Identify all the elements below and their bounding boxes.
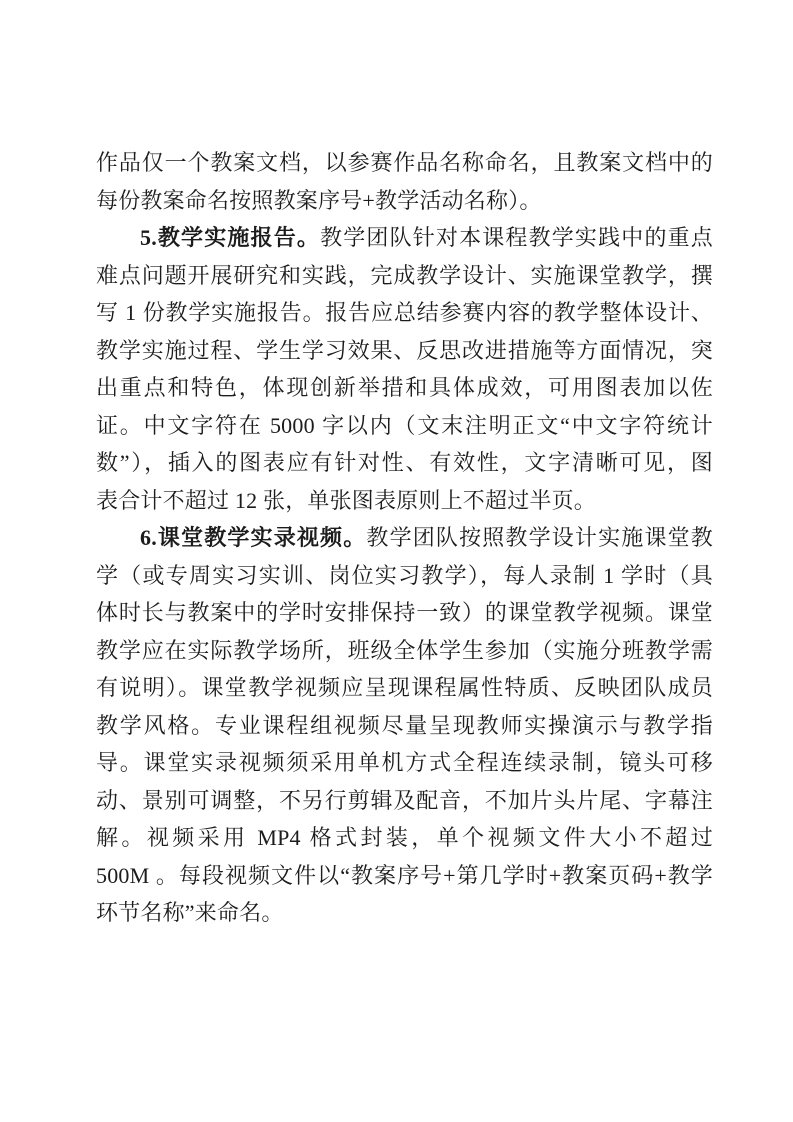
body-text: 写 1 份教学实施报告。报告应总结参赛内容的教学整体设计、 bbox=[96, 300, 713, 325]
body-text: 教学风格。专业课程组视频尽量呈现教师实操演示与教学指 bbox=[96, 713, 713, 738]
text-line: 导。课堂实录视频须采用单机方式全程连续录制，镜头可移 bbox=[96, 744, 713, 782]
body-text: 动、景别可调整，不另行剪辑及配音，不加片头片尾、字幕注 bbox=[96, 788, 713, 813]
body-text: 学（或专周实习实训、岗位实习教学），每人录制 1 学时（具 bbox=[96, 563, 713, 588]
body-text: 每份教案命名按照教案序号+教学活动名称）。 bbox=[96, 188, 542, 213]
text-line: 出重点和特色，体现创新举措和具体成效，可用图表加以佐 bbox=[96, 369, 713, 407]
body-text: 导。课堂实录视频须采用单机方式全程连续录制，镜头可移 bbox=[96, 750, 713, 775]
text-line: 学（或专周实习实训、岗位实习教学），每人录制 1 学时（具 bbox=[96, 557, 713, 595]
body-text: 500M 。每段视频文件以“教案序号+第几学时+教案页码+教学 bbox=[96, 863, 713, 888]
body-text: 教学应在实际教学场所，班级全体学生参加（实施分班教学需 bbox=[96, 638, 713, 663]
text-line: 证。中文字符在 5000 字以内（文末注明正文“中文字符统计 bbox=[96, 407, 713, 445]
body-text: 有说明）。课堂教学视频应呈现课程属性特质、反映团队成员 bbox=[96, 675, 713, 700]
body-text: 证。中文字符在 5000 字以内（文末注明正文“中文字符统计 bbox=[96, 413, 713, 438]
body-text: 作品仅一个教案文档，以参赛作品名称命名，且教案文档中的 bbox=[96, 150, 713, 175]
text-line: 表合计不超过 12 张，单张图表原则上不超过半页。 bbox=[96, 482, 713, 520]
text-line: 每份教案命名按照教案序号+教学活动名称）。 bbox=[96, 182, 713, 220]
body-text: 教学团队针对本课程教学实践中的重点 bbox=[320, 225, 713, 250]
text-line: 教学应在实际教学场所，班级全体学生参加（实施分班教学需 bbox=[96, 632, 713, 670]
text-line: 有说明）。课堂教学视频应呈现课程属性特质、反映团队成员 bbox=[96, 669, 713, 707]
body-text: 难点问题开展研究和实践，完成教学设计、实施课堂教学，撰 bbox=[96, 263, 713, 288]
text-line: 写 1 份教学实施报告。报告应总结参赛内容的教学整体设计、 bbox=[96, 294, 713, 332]
text-line: 难点问题开展研究和实践，完成教学设计、实施课堂教学，撰 bbox=[96, 257, 713, 295]
text-line: 作品仅一个教案文档，以参赛作品名称命名，且教案文档中的 bbox=[96, 144, 713, 182]
section-heading-text: 6.课堂教学实录视频。 bbox=[140, 525, 366, 550]
document-page: 作品仅一个教案文档，以参赛作品名称命名，且教案文档中的每份教案命名按照教案序号+… bbox=[0, 0, 793, 1122]
body-text: 教学团队按照教学设计实施课堂教 bbox=[366, 525, 713, 550]
body-text: 教学实施过程、学生学习效果、反思改进措施等方面情况，突 bbox=[96, 338, 713, 363]
text-line: 教学实施过程、学生学习效果、反思改进措施等方面情况，突 bbox=[96, 332, 713, 370]
body-text: 环节名称”来命名。 bbox=[96, 900, 284, 925]
body-text: 体时长与教案中的学时安排保持一致）的课堂教学视频。课堂 bbox=[96, 600, 713, 625]
text-line: 数”），插入的图表应有针对性、有效性，文字清晰可见，图 bbox=[96, 444, 713, 482]
body-text: 出重点和特色，体现创新举措和具体成效，可用图表加以佐 bbox=[96, 375, 713, 400]
body-text: 表合计不超过 12 张，单张图表原则上不超过半页。 bbox=[96, 488, 596, 513]
text-line: 解。视频采用 MP4 格式封装，单个视频文件大小不超过 bbox=[96, 819, 713, 857]
body-text: 解。视频采用 MP4 格式封装，单个视频文件大小不超过 bbox=[96, 825, 713, 850]
text-line: 5.教学实施报告。教学团队针对本课程教学实践中的重点 bbox=[96, 219, 713, 257]
section-heading-text: 5.教学实施报告。 bbox=[140, 225, 320, 250]
text-line: 教学风格。专业课程组视频尽量呈现教师实操演示与教学指 bbox=[96, 707, 713, 745]
text-line: 环节名称”来命名。 bbox=[96, 894, 713, 932]
document-text-block: 作品仅一个教案文档，以参赛作品名称命名，且教案文档中的每份教案命名按照教案序号+… bbox=[96, 144, 713, 932]
text-line: 6.课堂教学实录视频。教学团队按照教学设计实施课堂教 bbox=[96, 519, 713, 557]
text-line: 500M 。每段视频文件以“教案序号+第几学时+教案页码+教学 bbox=[96, 857, 713, 895]
body-text: 数”），插入的图表应有针对性、有效性，文字清晰可见，图 bbox=[96, 450, 713, 475]
text-line: 体时长与教案中的学时安排保持一致）的课堂教学视频。课堂 bbox=[96, 594, 713, 632]
text-line: 动、景别可调整，不另行剪辑及配音，不加片头片尾、字幕注 bbox=[96, 782, 713, 820]
